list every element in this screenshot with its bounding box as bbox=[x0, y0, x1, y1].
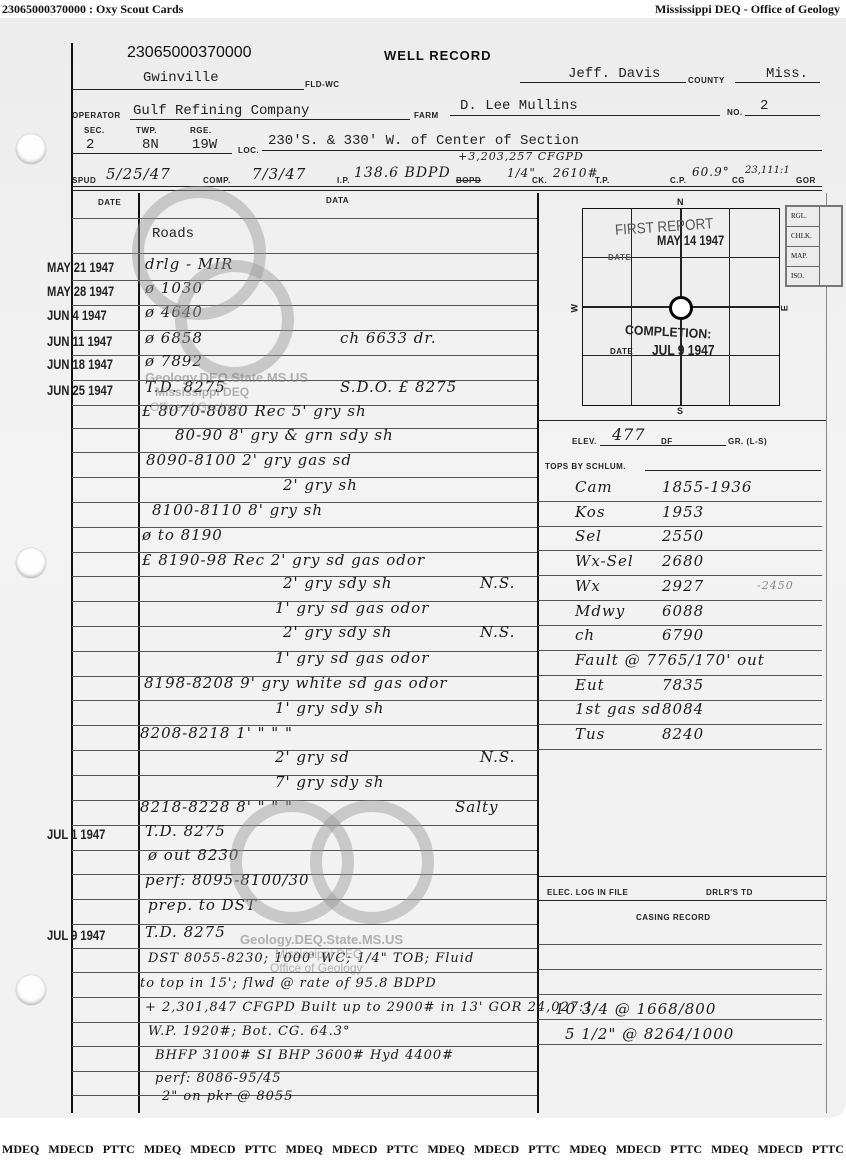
data-column-header: DATA bbox=[326, 196, 349, 205]
footer-tag: MDECD bbox=[616, 1142, 661, 1160]
footer-tag: MDEQ bbox=[569, 1142, 606, 1160]
formation-top-depth: 2550 bbox=[662, 527, 704, 545]
formation-top-name: Wx-Sel bbox=[575, 552, 634, 570]
farm-underline bbox=[450, 115, 720, 116]
log-entry-date: MAY 21 1947 bbox=[47, 259, 114, 275]
completion-date-label: DATE bbox=[610, 347, 633, 356]
log-entry-data: T.D. 8275 bbox=[145, 822, 226, 840]
left-border-line bbox=[71, 43, 73, 1113]
log-entry-data: 1' gry sd gas odor bbox=[275, 649, 429, 667]
map-bottom-line bbox=[538, 420, 826, 421]
formation-top-name: ch bbox=[575, 626, 595, 644]
county-underline bbox=[520, 82, 686, 83]
formation-top-name: Mdwy bbox=[575, 602, 625, 620]
formation-top-name: 1st gas sd bbox=[575, 700, 661, 718]
log-entry-data: 8208-8218 1' " " " bbox=[140, 724, 293, 742]
log-entry-date: JUL 9 1947 bbox=[47, 927, 105, 943]
ruled-line bbox=[72, 1022, 537, 1023]
ruled-line bbox=[72, 997, 537, 998]
log-entry-data: 2" on pkr @ 8055 bbox=[162, 1089, 293, 1104]
watermark-text: Mississippi DEQ bbox=[155, 385, 249, 399]
right-border-line bbox=[826, 193, 827, 1113]
date-column-header: DATE bbox=[98, 198, 121, 207]
tops-ruled-line bbox=[538, 550, 822, 551]
log-entry-data: 8090-8100 2' gry gas sd bbox=[146, 451, 352, 469]
log-entry-data: 8100-8110 8' gry sh bbox=[152, 501, 323, 519]
checklist-item-iso: ISO. bbox=[787, 267, 820, 286]
watermark-logo-icon bbox=[175, 260, 294, 379]
footer-tag: PTTC bbox=[386, 1142, 418, 1160]
watermark-text: Mississippi DEQ bbox=[275, 947, 362, 961]
log-entry-data: prep. to DST bbox=[148, 896, 257, 914]
formation-top-depth: 6790 bbox=[662, 626, 704, 644]
log-entry-date: JUN 25 1947 bbox=[47, 382, 113, 398]
footer-tag: MDECD bbox=[758, 1142, 803, 1160]
elec-log-underline bbox=[538, 900, 826, 901]
comp-label: COMP. bbox=[203, 176, 231, 185]
footer-tag: MDEQ bbox=[711, 1142, 748, 1160]
bopd-label: BOPD bbox=[456, 176, 481, 185]
log-entry-data: 2' gry sdy sh bbox=[283, 574, 392, 592]
rge-value: 19W bbox=[192, 137, 217, 153]
elec-log-label: ELEC. LOG IN FILE bbox=[547, 888, 628, 897]
footer-tag: MDEQ bbox=[286, 1142, 323, 1160]
formation-top-depth: 1953 bbox=[662, 503, 704, 521]
map-west-label: W bbox=[570, 304, 580, 313]
operator-underline bbox=[130, 119, 410, 120]
log-entry-data: 80-90 8' gry & grn sdy sh bbox=[175, 426, 394, 444]
well-record-title: WELL RECORD bbox=[384, 48, 492, 63]
log-entry-note: N.S. bbox=[480, 748, 515, 766]
log-entry-data: BHFP 3100# SI BHP 3600# Hyd 4400# bbox=[155, 1048, 454, 1063]
twp-label: TWP. bbox=[136, 126, 157, 135]
casing-record-label: CASING RECORD bbox=[636, 913, 711, 922]
watermark-text: Geology.DEQ.State.MS.US bbox=[145, 370, 308, 385]
casing-rule bbox=[538, 1019, 822, 1020]
map-north-label: N bbox=[677, 197, 684, 207]
ip-label: I.P. bbox=[337, 176, 350, 185]
well-location-icon bbox=[669, 296, 693, 320]
drlr-td-label: DRLR'S TD bbox=[706, 888, 753, 897]
casing-rule bbox=[538, 994, 822, 995]
footer-tag: MDECD bbox=[332, 1142, 377, 1160]
farm-value: D. Lee Mullins bbox=[460, 98, 578, 114]
first-report-date: MAY 14 1947 bbox=[657, 232, 724, 248]
log-entry-data: to top in 15'; flwd @ rate of 95.8 BDPD bbox=[140, 976, 437, 991]
checklist-item-map: MAP. bbox=[787, 247, 820, 267]
ip-value: 138.6 BDPD bbox=[354, 165, 451, 181]
watermark-logo-icon bbox=[310, 800, 434, 924]
operator-value: Gulf Refining Company bbox=[133, 103, 309, 119]
field-value: Gwinville bbox=[143, 70, 219, 86]
cg-label: CG bbox=[732, 176, 745, 185]
footer-tag: MDECD bbox=[474, 1142, 519, 1160]
comp-value: 7/3/47 bbox=[252, 165, 306, 183]
footer-tag: MDEQ bbox=[144, 1142, 181, 1160]
log-entry-data: + 2,301,847 CFGPD Built up to 2900# in 1… bbox=[145, 1000, 594, 1015]
log-entry-note: S.D.O. £ 8275 bbox=[340, 378, 457, 396]
footer-tag: MDECD bbox=[48, 1142, 93, 1160]
checklist-item-chlk: CHLK. bbox=[787, 227, 820, 247]
watermark-text: Geology.DEQ.State.MS.US bbox=[240, 932, 403, 947]
ruled-line bbox=[72, 1046, 537, 1047]
ck-label: CK. bbox=[532, 176, 547, 185]
twp-value: 8N bbox=[142, 137, 159, 153]
casing-rule bbox=[538, 944, 822, 945]
tops-ruled-line bbox=[538, 749, 822, 750]
spud-value: 5/25/47 bbox=[106, 165, 171, 183]
footer-banner: MDEQMDECDPTTCMDEQMDECDPTTCMDEQMDECDPTTCM… bbox=[0, 1142, 846, 1160]
ip-gas-value: +3,203,257 CFGPD bbox=[458, 150, 584, 163]
log-entry-data: perf: 8086-95/45 bbox=[155, 1071, 282, 1086]
rge-label: RGE. bbox=[190, 126, 212, 135]
str-underline bbox=[72, 153, 232, 154]
map-south-label: S bbox=[677, 406, 684, 416]
log-entry-data: ø to 8190 bbox=[142, 526, 223, 544]
completion-date: JUL 9 1947 bbox=[652, 342, 715, 359]
loc-value: 230'S. & 330' W. of Center of Section bbox=[268, 133, 579, 149]
viewer-header: 23065000370000 : Oxy Scout Cards Mississ… bbox=[0, 0, 846, 18]
elev-underline bbox=[600, 445, 726, 446]
spud-label: SPUD bbox=[72, 176, 96, 185]
log-entry-note: Salty bbox=[455, 798, 499, 816]
log-entry-note: N.S. bbox=[480, 574, 515, 592]
footer-tag: PTTC bbox=[670, 1142, 702, 1160]
watermark-text: Office of Geology bbox=[270, 961, 363, 975]
footer-tag: PTTC bbox=[245, 1142, 277, 1160]
log-entry-note: ch 6633 dr. bbox=[340, 329, 437, 347]
log-entry-date: JUN 4 1947 bbox=[47, 307, 107, 323]
cp-label: C.P. bbox=[670, 176, 687, 185]
date-column-divider bbox=[138, 193, 140, 1113]
elec-log-top-line bbox=[538, 876, 826, 877]
formation-top-name: Eut bbox=[575, 676, 605, 694]
log-entry-data: 2' gry sh bbox=[283, 476, 358, 494]
tp-label: T.P. bbox=[595, 176, 610, 185]
casing-rule bbox=[538, 1044, 822, 1045]
farm-label: FARM bbox=[414, 111, 439, 120]
footer-tag: MDEQ bbox=[2, 1142, 39, 1160]
state-value: Miss. bbox=[766, 66, 808, 82]
well-no-label: NO. bbox=[727, 108, 743, 117]
gor-label: GOR bbox=[796, 176, 816, 185]
map-east-label: E bbox=[779, 305, 789, 312]
formation-top-depth: 2927 bbox=[662, 577, 704, 595]
ruled-line bbox=[72, 330, 537, 331]
footer-tag: MDECD bbox=[190, 1142, 235, 1160]
ruled-line bbox=[72, 305, 537, 306]
elev-label: ELEV. bbox=[572, 437, 597, 446]
formation-top-depth: 8084 bbox=[662, 700, 704, 718]
log-entry-data: T.D. 8275 bbox=[145, 923, 226, 941]
formation-top-name: Sel bbox=[575, 527, 602, 545]
formation-top-name: Kos bbox=[575, 503, 606, 521]
tops-underline bbox=[645, 470, 821, 471]
log-entry-data: 2' gry sd bbox=[275, 748, 350, 766]
footer-tag: PTTC bbox=[528, 1142, 560, 1160]
gr-label: GR. (L-S) bbox=[728, 437, 767, 446]
formation-top-name: Wx bbox=[575, 577, 601, 595]
cp-value: 60.9° bbox=[692, 165, 730, 179]
punch-hole-icon bbox=[16, 134, 46, 164]
log-entry-date: JUL 1 1947 bbox=[47, 826, 105, 842]
well-no-underline bbox=[745, 115, 820, 116]
review-checklist: RGL. CHLK. MAP. ISO. bbox=[785, 205, 843, 287]
log-entry-data: ø out 8230 bbox=[148, 846, 239, 864]
checklist-item-rgl: RGL. bbox=[787, 207, 820, 227]
log-entry-data: 1' gry sdy sh bbox=[275, 699, 384, 717]
field-label: FLD-WC bbox=[305, 80, 340, 89]
ruled-line bbox=[72, 924, 537, 925]
log-entry-data: 1' gry sd gas odor bbox=[275, 599, 429, 617]
ruled-line bbox=[72, 1095, 537, 1096]
gor-value: 23,111:1 bbox=[745, 165, 790, 176]
right-panel-divider bbox=[537, 193, 539, 1113]
loc-label: LOC. bbox=[238, 146, 259, 155]
log-entry-data: W.P. 1920#; Bot. CG. 64.3° bbox=[148, 1024, 351, 1039]
log-entry-data: £ 8190-98 Rec 2' gry sd gas odor bbox=[142, 551, 425, 569]
formation-top-name: Tus bbox=[575, 725, 605, 743]
log-entry-data: 8198-8208 9' gry white sd gas odor bbox=[144, 674, 448, 692]
first-report-date-label: DATE bbox=[608, 253, 631, 262]
footer-tag: MDEQ bbox=[427, 1142, 464, 1160]
log-entry-date: MAY 28 1947 bbox=[47, 283, 114, 299]
casing-item: 5 1/2" @ 8264/1000 bbox=[565, 1025, 734, 1043]
log-entry-date: JUN 18 1947 bbox=[47, 356, 113, 372]
formation-top-depth: 8240 bbox=[662, 725, 704, 743]
casing-rule bbox=[538, 969, 822, 970]
formation-top-depth: 2680 bbox=[662, 552, 704, 570]
formation-top-note: -2450 bbox=[757, 579, 794, 592]
log-entry-date: JUN 11 1947 bbox=[47, 333, 112, 349]
header-right-title: Mississippi DEQ - Office of Geology bbox=[655, 2, 840, 17]
watermark-text: Office of Geology bbox=[150, 400, 243, 414]
formation-top-depth: 6088 bbox=[662, 602, 704, 620]
elev-value: 477 bbox=[612, 425, 646, 444]
well-no-value: 2 bbox=[760, 98, 768, 114]
header-left-title: 23065000370000 : Oxy Scout Cards bbox=[2, 2, 183, 17]
log-entry-data: 2' gry sdy sh bbox=[283, 623, 392, 641]
sec-label: SEC. bbox=[84, 126, 105, 135]
formation-top-name: Cam bbox=[575, 478, 613, 496]
punch-hole-icon bbox=[16, 548, 46, 578]
operator-label: OPERATOR bbox=[72, 111, 121, 120]
state-underline bbox=[735, 82, 820, 83]
log-entry-data: 7' gry sdy sh bbox=[275, 773, 384, 791]
formation-top-name: Fault @ 7765/170' out bbox=[575, 651, 765, 669]
county-label: COUNTY bbox=[688, 76, 725, 85]
field-underline bbox=[72, 89, 304, 90]
footer-tag: PTTC bbox=[812, 1142, 844, 1160]
tops-label: TOPS BY SCHLUM. bbox=[545, 462, 626, 471]
ruled-line bbox=[72, 355, 537, 356]
footer-tag: PTTC bbox=[103, 1142, 135, 1160]
county-value: Jeff. Davis bbox=[568, 66, 660, 82]
api-number: 23065000370000 bbox=[127, 44, 252, 62]
log-entry-note: N.S. bbox=[480, 623, 515, 641]
casing-item: 10 3/4 @ 1668/800 bbox=[555, 1000, 716, 1018]
sec-value: 2 bbox=[86, 137, 94, 153]
formation-top-depth: 7835 bbox=[662, 676, 704, 694]
tp-value: 2610# bbox=[553, 166, 599, 180]
ruled-line bbox=[72, 1071, 537, 1072]
punch-hole-icon bbox=[16, 975, 46, 1005]
formation-top-depth: 1855-1936 bbox=[662, 478, 752, 496]
